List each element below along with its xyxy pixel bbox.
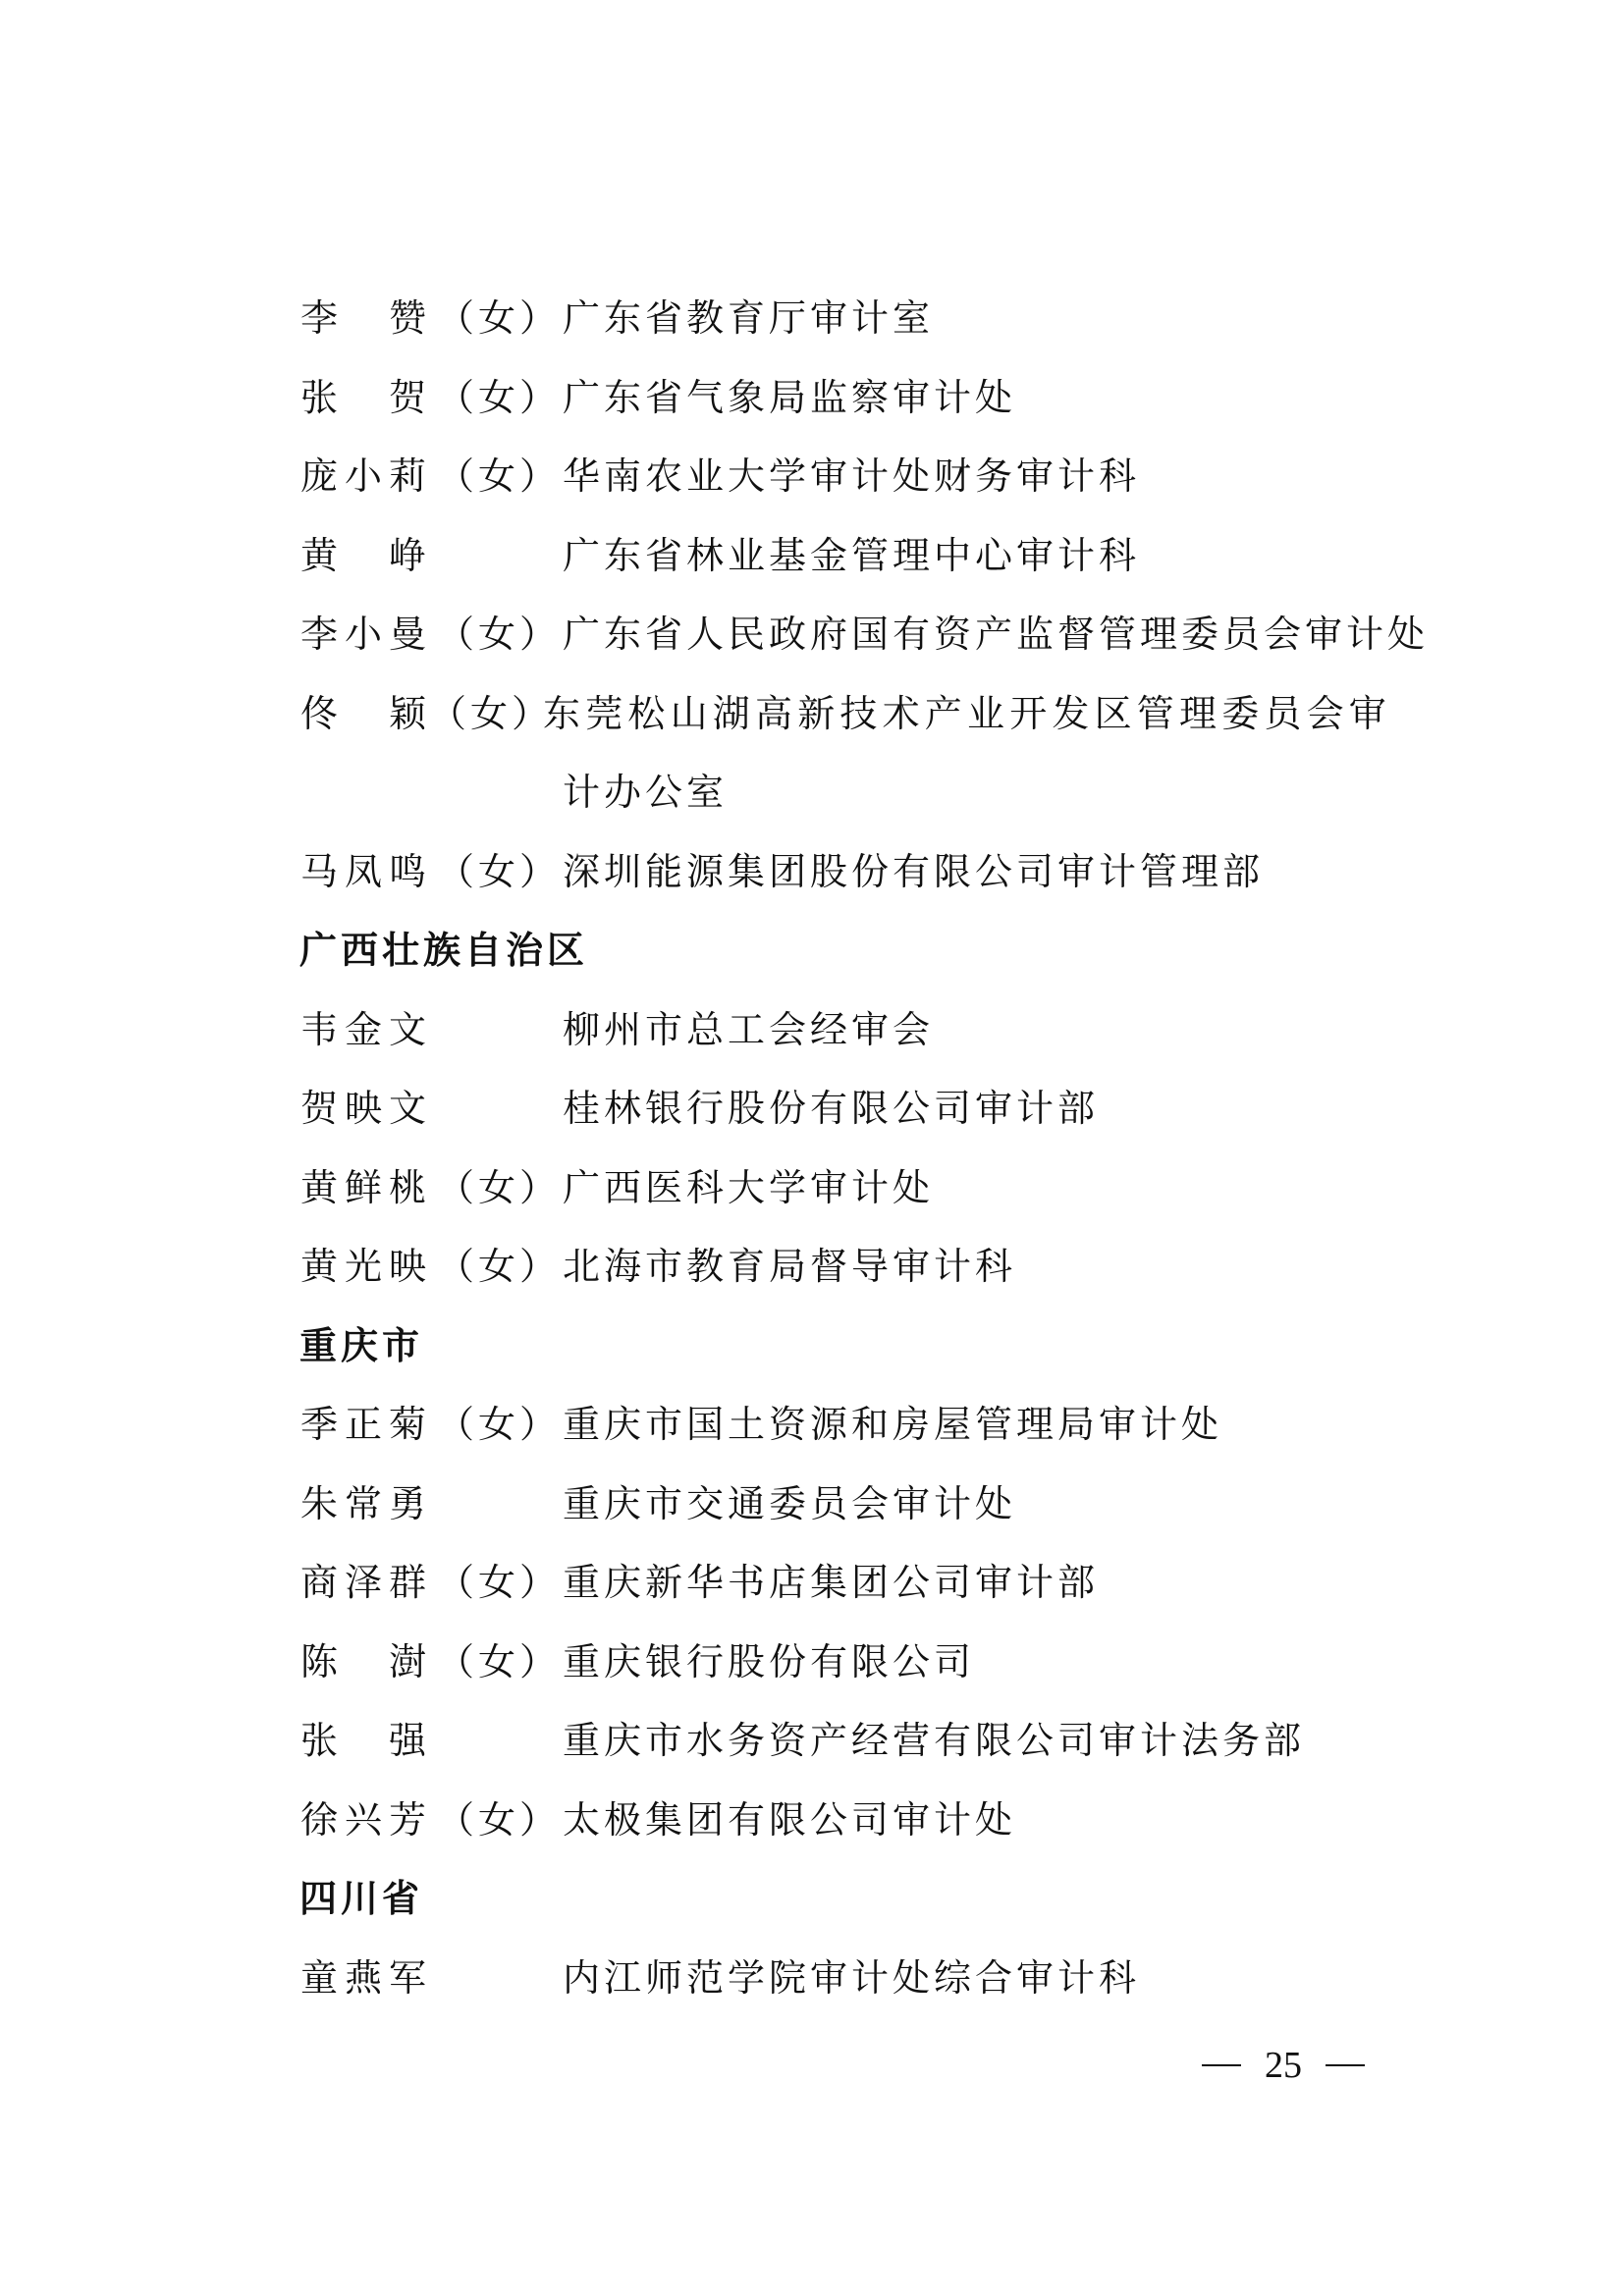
page-number-value: 25 <box>1265 2044 1302 2087</box>
section-heading: 重庆市 <box>299 1307 1419 1386</box>
organization: 重庆市水务资产经营有限公司审计法务部 <box>563 1701 1305 1781</box>
list-item: 黄鲜桃 （女） 广西医科大学审计处 <box>299 1148 1419 1228</box>
organization: 华南农业大学审计处财务审计科 <box>563 437 1140 516</box>
personnel-list: 李赞 （女） 广东省教育厅审计室 张贺 （女） 广东省气象局监察审计处 庞小莉 … <box>299 279 1419 2017</box>
person-name: 佟颖 <box>299 674 427 754</box>
list-item-continuation: 计办公室 <box>299 753 1419 832</box>
organization: 北海市教育局督导审计科 <box>563 1227 1016 1307</box>
gender-note: （女） <box>437 1385 555 1465</box>
gender-note: （女） <box>437 1543 555 1623</box>
gender-note: （女） <box>437 1227 555 1307</box>
organization: 桂林银行股份有限公司审计部 <box>563 1069 1099 1148</box>
gender-note: （女） <box>437 595 555 674</box>
person-name: 黄峥 <box>299 516 427 596</box>
list-item: 黄峥 广东省林业基金管理中心审计科 <box>299 516 1419 596</box>
list-item: 贺映文 桂林银行股份有限公司审计部 <box>299 1069 1419 1148</box>
person-name: 徐兴芳 <box>299 1781 427 1860</box>
list-item: 佟颖 （女） 东莞松山湖高新技术产业开发区管理委员会审 <box>299 674 1419 754</box>
list-item: 张贺 （女） 广东省气象局监察审计处 <box>299 358 1419 438</box>
gender-note: （女） <box>437 1623 555 1702</box>
organization: 内江师范学院审计处综合审计科 <box>563 1939 1140 2018</box>
list-item: 季正菊 （女） 重庆市国土资源和房屋管理局审计处 <box>299 1385 1419 1465</box>
gender-note: （女） <box>437 1781 555 1860</box>
list-item: 童燕军 内江师范学院审计处综合审计科 <box>299 1939 1419 2018</box>
person-name: 童燕军 <box>299 1939 427 2018</box>
person-name: 庞小莉 <box>299 437 427 516</box>
organization: 重庆银行股份有限公司 <box>563 1623 975 1702</box>
person-name: 张贺 <box>299 358 427 438</box>
person-name: 朱常勇 <box>299 1465 427 1544</box>
person-name: 韦金文 <box>299 990 427 1070</box>
person-name: 陈澍 <box>299 1623 427 1702</box>
section-heading: 广西壮族自治区 <box>299 911 1419 990</box>
organization: 重庆新华书店集团公司审计部 <box>563 1543 1099 1623</box>
person-name: 黄鲜桃 <box>299 1148 427 1228</box>
page-number: 25 <box>1202 2044 1365 2087</box>
gender-note: （女） <box>429 674 547 754</box>
list-item: 徐兴芳 （女） 太极集团有限公司审计处 <box>299 1781 1419 1860</box>
person-name: 马凤鸣 <box>299 832 427 912</box>
organization: 太极集团有限公司审计处 <box>563 1781 1016 1860</box>
organization: 重庆市交通委员会审计处 <box>563 1465 1016 1544</box>
gender-note: （女） <box>437 279 555 358</box>
organization: 东莞松山湖高新技术产业开发区管理委员会审 <box>543 674 1391 754</box>
list-item: 庞小莉 （女） 华南农业大学审计处财务审计科 <box>299 437 1419 516</box>
person-name: 季正菊 <box>299 1385 427 1465</box>
gender-note: （女） <box>437 437 555 516</box>
dash-left <box>1202 2064 1241 2066</box>
organization: 重庆市国土资源和房屋管理局审计处 <box>563 1385 1222 1465</box>
person-name: 李小曼 <box>299 595 427 674</box>
organization: 广东省气象局监察审计处 <box>563 358 1016 438</box>
section-heading: 四川省 <box>299 1859 1419 1939</box>
organization: 广东省人民政府国有资产监督管理委员会审计处 <box>563 595 1429 674</box>
list-item: 商泽群 （女） 重庆新华书店集团公司审计部 <box>299 1543 1419 1623</box>
gender-note: （女） <box>437 358 555 438</box>
gender-note: （女） <box>437 1148 555 1228</box>
list-item: 韦金文 柳州市总工会经审会 <box>299 990 1419 1070</box>
list-item: 李赞 （女） 广东省教育厅审计室 <box>299 279 1419 358</box>
person-name: 李赞 <box>299 279 427 358</box>
document-page: 李赞 （女） 广东省教育厅审计室 张贺 （女） 广东省气象局监察审计处 庞小莉 … <box>0 0 1624 2296</box>
organization: 广东省教育厅审计室 <box>563 279 934 358</box>
organization: 深圳能源集团股份有限公司审计管理部 <box>563 832 1264 912</box>
organization: 广西医科大学审计处 <box>563 1148 934 1228</box>
organization: 广东省林业基金管理中心审计科 <box>563 516 1140 596</box>
person-name: 贺映文 <box>299 1069 427 1148</box>
person-name: 商泽群 <box>299 1543 427 1623</box>
list-item: 张强 重庆市水务资产经营有限公司审计法务部 <box>299 1701 1419 1781</box>
list-item: 黄光映 （女） 北海市教育局督导审计科 <box>299 1227 1419 1307</box>
list-item: 朱常勇 重庆市交通委员会审计处 <box>299 1465 1419 1544</box>
list-item: 李小曼 （女） 广东省人民政府国有资产监督管理委员会审计处 <box>299 595 1419 674</box>
person-name: 黄光映 <box>299 1227 427 1307</box>
list-item: 马凤鸣 （女） 深圳能源集团股份有限公司审计管理部 <box>299 832 1419 912</box>
list-item: 陈澍 （女） 重庆银行股份有限公司 <box>299 1623 1419 1702</box>
organization-continuation: 计办公室 <box>563 753 728 832</box>
organization: 柳州市总工会经审会 <box>563 990 934 1070</box>
dash-right <box>1326 2064 1365 2066</box>
gender-note: （女） <box>437 832 555 912</box>
person-name: 张强 <box>299 1701 427 1781</box>
